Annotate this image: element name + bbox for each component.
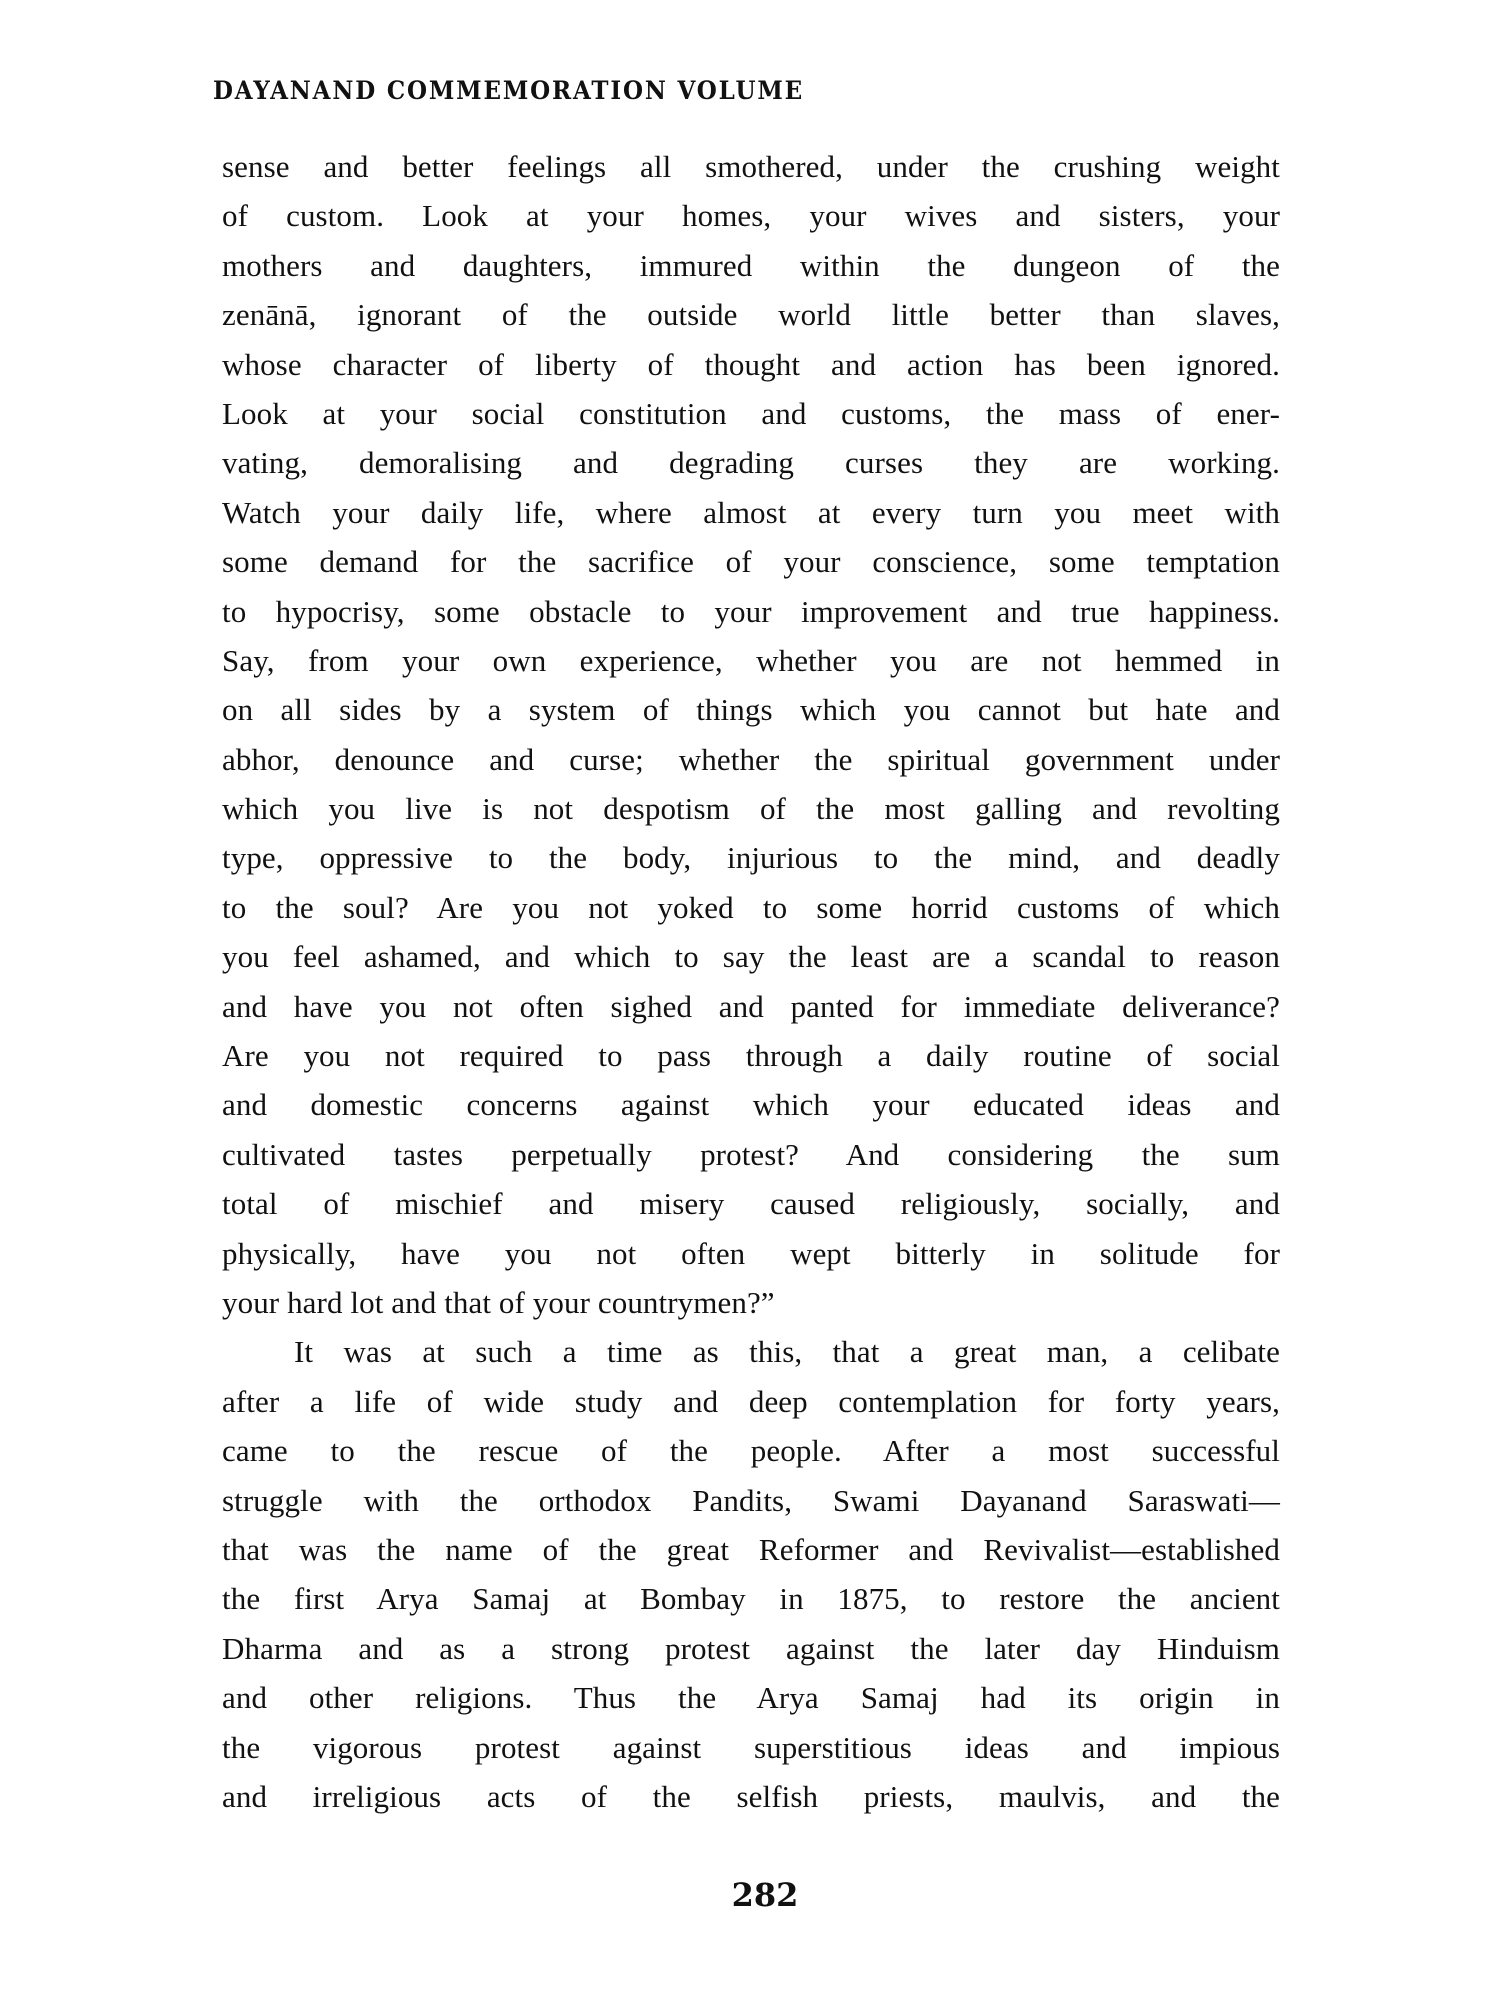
text-line: the first Arya Samaj at Bombay in 1875, … — [222, 1574, 1280, 1623]
text-line: of custom. Look at your homes, your wive… — [222, 191, 1280, 240]
text-line: which you live is not despotism of the m… — [222, 784, 1280, 833]
text-line: zenānā, ignorant of the outside world li… — [222, 290, 1280, 339]
text-line: struggle with the orthodox Pandits, Swam… — [222, 1476, 1280, 1525]
text-line: to hypocrisy, some obstacle to your impr… — [222, 587, 1280, 636]
text-line: Are you not required to pass through a d… — [222, 1031, 1280, 1080]
text-line: and domestic concerns against which your… — [222, 1080, 1280, 1129]
text-line: and irreligious acts of the selfish prie… — [222, 1772, 1280, 1821]
text-line: and have you not often sighed and panted… — [222, 982, 1280, 1031]
text-line: came to the rescue of the people. After … — [222, 1426, 1280, 1475]
paragraph-2: It was at such a time as this, that a gr… — [222, 1327, 1280, 1821]
text-line: total of mischief and misery caused reli… — [222, 1179, 1280, 1228]
text-line: mothers and daughters, immured within th… — [222, 241, 1280, 290]
text-line: after a life of wide study and deep cont… — [222, 1377, 1280, 1426]
text-line: on all sides by a system of things which… — [222, 685, 1280, 734]
text-line: to the soul? Are you not yoked to some h… — [222, 883, 1280, 932]
page-number: 282 — [0, 1876, 1500, 1914]
text-line: abhor, denounce and curse; whether the s… — [222, 735, 1280, 784]
text-line: Dharma and as a strong protest against t… — [222, 1624, 1280, 1673]
text-line: sense and better feelings all smothered,… — [222, 142, 1280, 191]
text-line: vating, demoralising and degrading curse… — [222, 438, 1280, 487]
text-line: that was the name of the great Reformer … — [222, 1525, 1280, 1574]
text-line: It was at such a time as this, that a gr… — [222, 1327, 1280, 1376]
running-head: DAYANAND COMMEMORATION VOLUME — [213, 76, 804, 105]
text-line: the vigorous protest against superstitio… — [222, 1723, 1280, 1772]
paragraph-1: sense and better feelings all smothered,… — [222, 142, 1280, 1327]
body-text: sense and better feelings all smothered,… — [222, 142, 1280, 1821]
text-line: Say, from your own experience, whether y… — [222, 636, 1280, 685]
text-line: physically, have you not often wept bitt… — [222, 1229, 1280, 1278]
text-line: cultivated tastes perpetually protest? A… — [222, 1130, 1280, 1179]
text-line: some demand for the sacrifice of your co… — [222, 537, 1280, 586]
text-line: whose character of liberty of thought an… — [222, 340, 1280, 389]
text-line: you feel ashamed, and which to say the l… — [222, 932, 1280, 981]
text-line: your hard lot and that of your countryme… — [222, 1278, 1280, 1327]
text-line: and other religions. Thus the Arya Samaj… — [222, 1673, 1280, 1722]
text-line: Look at your social constitution and cus… — [222, 389, 1280, 438]
text-line: Watch your daily life, where almost at e… — [222, 488, 1280, 537]
text-line: type, oppressive to the body, injurious … — [222, 833, 1280, 882]
